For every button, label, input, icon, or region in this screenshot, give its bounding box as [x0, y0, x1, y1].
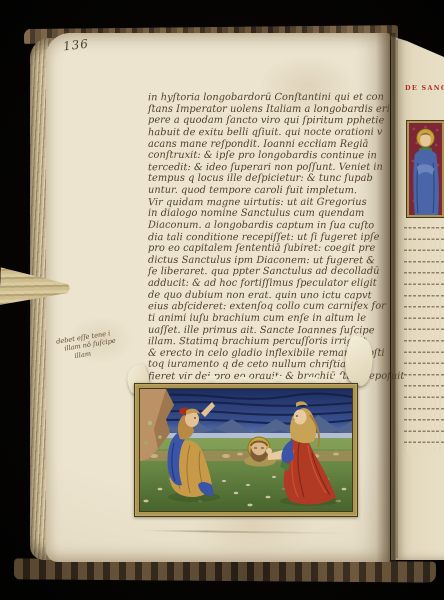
manuscript-text-line: habuit de exitu belli qſiuit. qui nocte …: [148, 127, 372, 139]
right-page-miniature: [407, 121, 444, 217]
manuscript-text-line: dictus Sanctulus ipm Diaconem: ut fugere…: [148, 255, 372, 267]
manuscript-text-line: acans mane reſpondit. Ioanni eccłiam Reg…: [148, 139, 372, 151]
manuscript-text-line: eius abſcideret: extenſoq collo cum carn…: [148, 301, 372, 313]
right-page-text-column: [404, 227, 444, 453]
manuscript-text-line: Vir quidam magne uirtutis: ut ait Gregor…: [148, 196, 372, 208]
woman-head: [294, 410, 307, 425]
right-page-rubric: DE SANCTO: [405, 84, 444, 92]
manuscript-text-line: pere a quodam ſancto viro qui ſpiritum p…: [148, 115, 372, 127]
miniature-scene: [140, 389, 352, 511]
manuscript-text-block: in hyſtoria longobardorū Conſtantini qui…: [148, 92, 372, 383]
right-page-fold-line: [396, 40, 398, 558]
manuscript-text-line: tercedit: & ideo ſuperari non poſſunt. V…: [148, 162, 372, 174]
manuscript-text-line: ti animi iuſu brachium cum enſe in altum…: [148, 313, 372, 325]
manuscript-text-line: in hyſtoria longobardorū Conſtantini qui…: [148, 92, 372, 104]
manuscript-text-line: dia tali conditione recepiſſet: ut ſi fu…: [148, 231, 372, 243]
manuscript-text-line: de quo dubium non erat. quin uno ictu ca…: [148, 289, 372, 301]
manuscript-text-line: conſtruxit: & ipſe pro longobardis conti…: [148, 150, 372, 162]
manuscript-text-line: pro eo capitalem ſententiā ſubiret: coeg…: [148, 243, 372, 255]
manuscript-text-line: untur. quod tempore caroli fuit impletum…: [148, 185, 372, 197]
manuscript-text-line: ſe liberaret. qua ppter Sanctulus ad dec…: [148, 266, 372, 278]
saint-portrait: [409, 123, 442, 215]
miniature-frame: [134, 383, 358, 517]
miniature-painting: [139, 388, 353, 512]
manuscript-text-line: & erecto in celo gladio inflexibile rema…: [148, 348, 372, 360]
manuscript-text-line: uaſſet. ille primus ait. Sancte Ioannes …: [148, 324, 372, 336]
manuscript-text-line: tempus q locus ille deſpicietur: & tunc …: [148, 173, 372, 185]
manuscript-text-line: toq iuramento q de ceto nullum chriſtian…: [148, 359, 372, 371]
manuscript-text-line: ſtans Imperator uolens Italiam a longoba…: [148, 104, 372, 116]
manuscript-photo: 136 in hyſtoria longobardorū Conſtantini…: [0, 0, 444, 600]
manuscript-text-line: illam. Statimq brachium percuſſoris irri…: [148, 336, 372, 348]
saint-head: [420, 134, 431, 147]
manuscript-text-line: in dialogo nomine Sanctulus cum quendam: [148, 208, 372, 220]
manuscript-text-line: Diaconum. a longobardis captum in ſua cu…: [148, 220, 372, 232]
manuscript-text-line: adducit: & ad hoc fortiſſimus ſpeculator…: [148, 278, 372, 290]
